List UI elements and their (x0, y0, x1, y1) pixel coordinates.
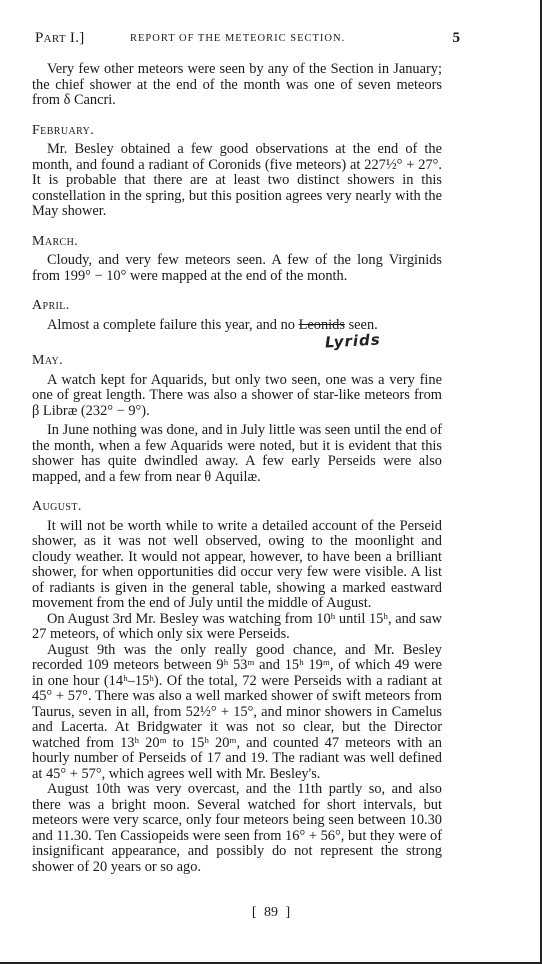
august-paragraph-3: August 9th was the only really good chan… (32, 643, 442, 783)
august-paragraph-2: On August 3rd Mr. Besley was watching fr… (32, 612, 442, 643)
august-paragraph-4: August 10th was very overcast, and the 1… (32, 782, 442, 875)
running-head: Part I.] Report of the Meteoric Section.… (35, 30, 460, 50)
heading-april: April. (32, 298, 442, 314)
february-paragraph: Mr. Besley obtained a few good observati… (32, 142, 442, 220)
body-text: Very few other meteors were seen by any … (32, 62, 442, 875)
document-page: Part I.] Report of the Meteoric Section.… (0, 0, 542, 964)
august-paragraph-1: It will not be worth while to write a de… (32, 519, 442, 612)
handwritten-correction: Lyrids (325, 331, 382, 352)
running-title: Report of the Meteoric Section. (130, 33, 345, 44)
april-paragraph: Almost a complete failure this year, and… (32, 318, 442, 334)
part-label: Part I.] (35, 30, 85, 47)
january-paragraph: Very few other meteors were seen by any … (32, 62, 442, 109)
may-paragraph-2: In June nothing was done, and in July li… (32, 423, 442, 485)
heading-august: August. (32, 499, 442, 515)
march-paragraph: Cloudy, and very few meteors seen. A few… (32, 253, 442, 284)
may-paragraph-1: A watch kept for Aquarids, but only two … (32, 373, 442, 420)
struck-word: Leonids (299, 317, 345, 333)
april-text-before: Almost a complete failure this year, and… (47, 317, 299, 333)
heading-march: March. (32, 234, 442, 250)
heading-february: February. (32, 123, 442, 139)
page-number: 5 (453, 30, 461, 47)
folio-number: [ 89 ] (0, 905, 542, 921)
heading-may: May. (32, 353, 442, 369)
